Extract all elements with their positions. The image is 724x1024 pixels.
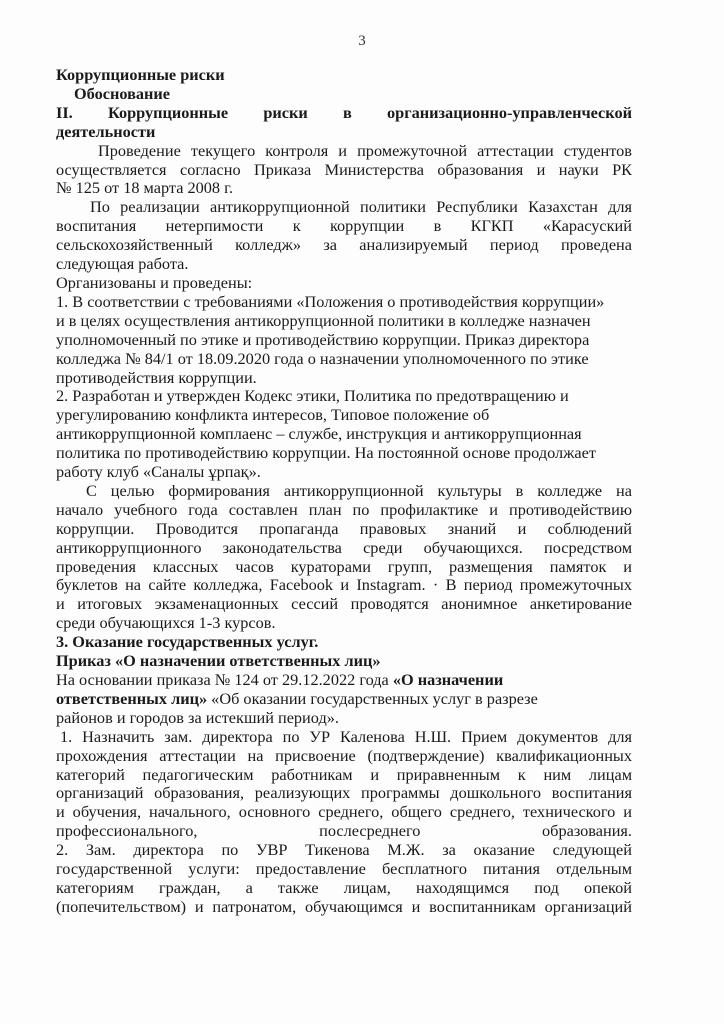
order-basis: На основании приказа № 124 от 29.12.2022… <box>56 671 632 728</box>
list-item-2: 2. Разработан и утвержден Кодекс этики, … <box>56 387 632 482</box>
assignment-item-2: 2. Зам. директора по УВР Тикенова М.Ж. з… <box>56 841 632 917</box>
section2-heading-line1: II. Коррупционные риски в организационно… <box>56 104 632 123</box>
order-heading: Приказ «О назначении ответственных лиц» <box>56 652 632 671</box>
paragraph-anticorruption-policy: По реализации антикоррупционной политики… <box>56 198 632 274</box>
document-subtitle: Обоснование <box>56 85 632 104</box>
section2-heading-line2: деятельности <box>56 123 632 142</box>
organized-label: Организованы и проведены: <box>56 274 632 293</box>
paragraph-attestation: Проведение текущего контроля и промежуто… <box>56 142 632 199</box>
page-number: 3 <box>0 33 724 50</box>
assignment-item-1: 1. Назначить зам. директора по УР Калено… <box>56 728 632 841</box>
document-title: Коррупционные риски <box>56 66 632 85</box>
paragraph-anticorruption-culture: С целью формирования антикоррупционной к… <box>56 482 632 633</box>
document-body: Коррупционные риски Обоснование II. Корр… <box>56 66 632 917</box>
list-item-1: 1. В соответствии с требованиями «Положе… <box>56 293 632 388</box>
section3-heading: 3. Оказание государственных услуг. <box>56 633 632 652</box>
